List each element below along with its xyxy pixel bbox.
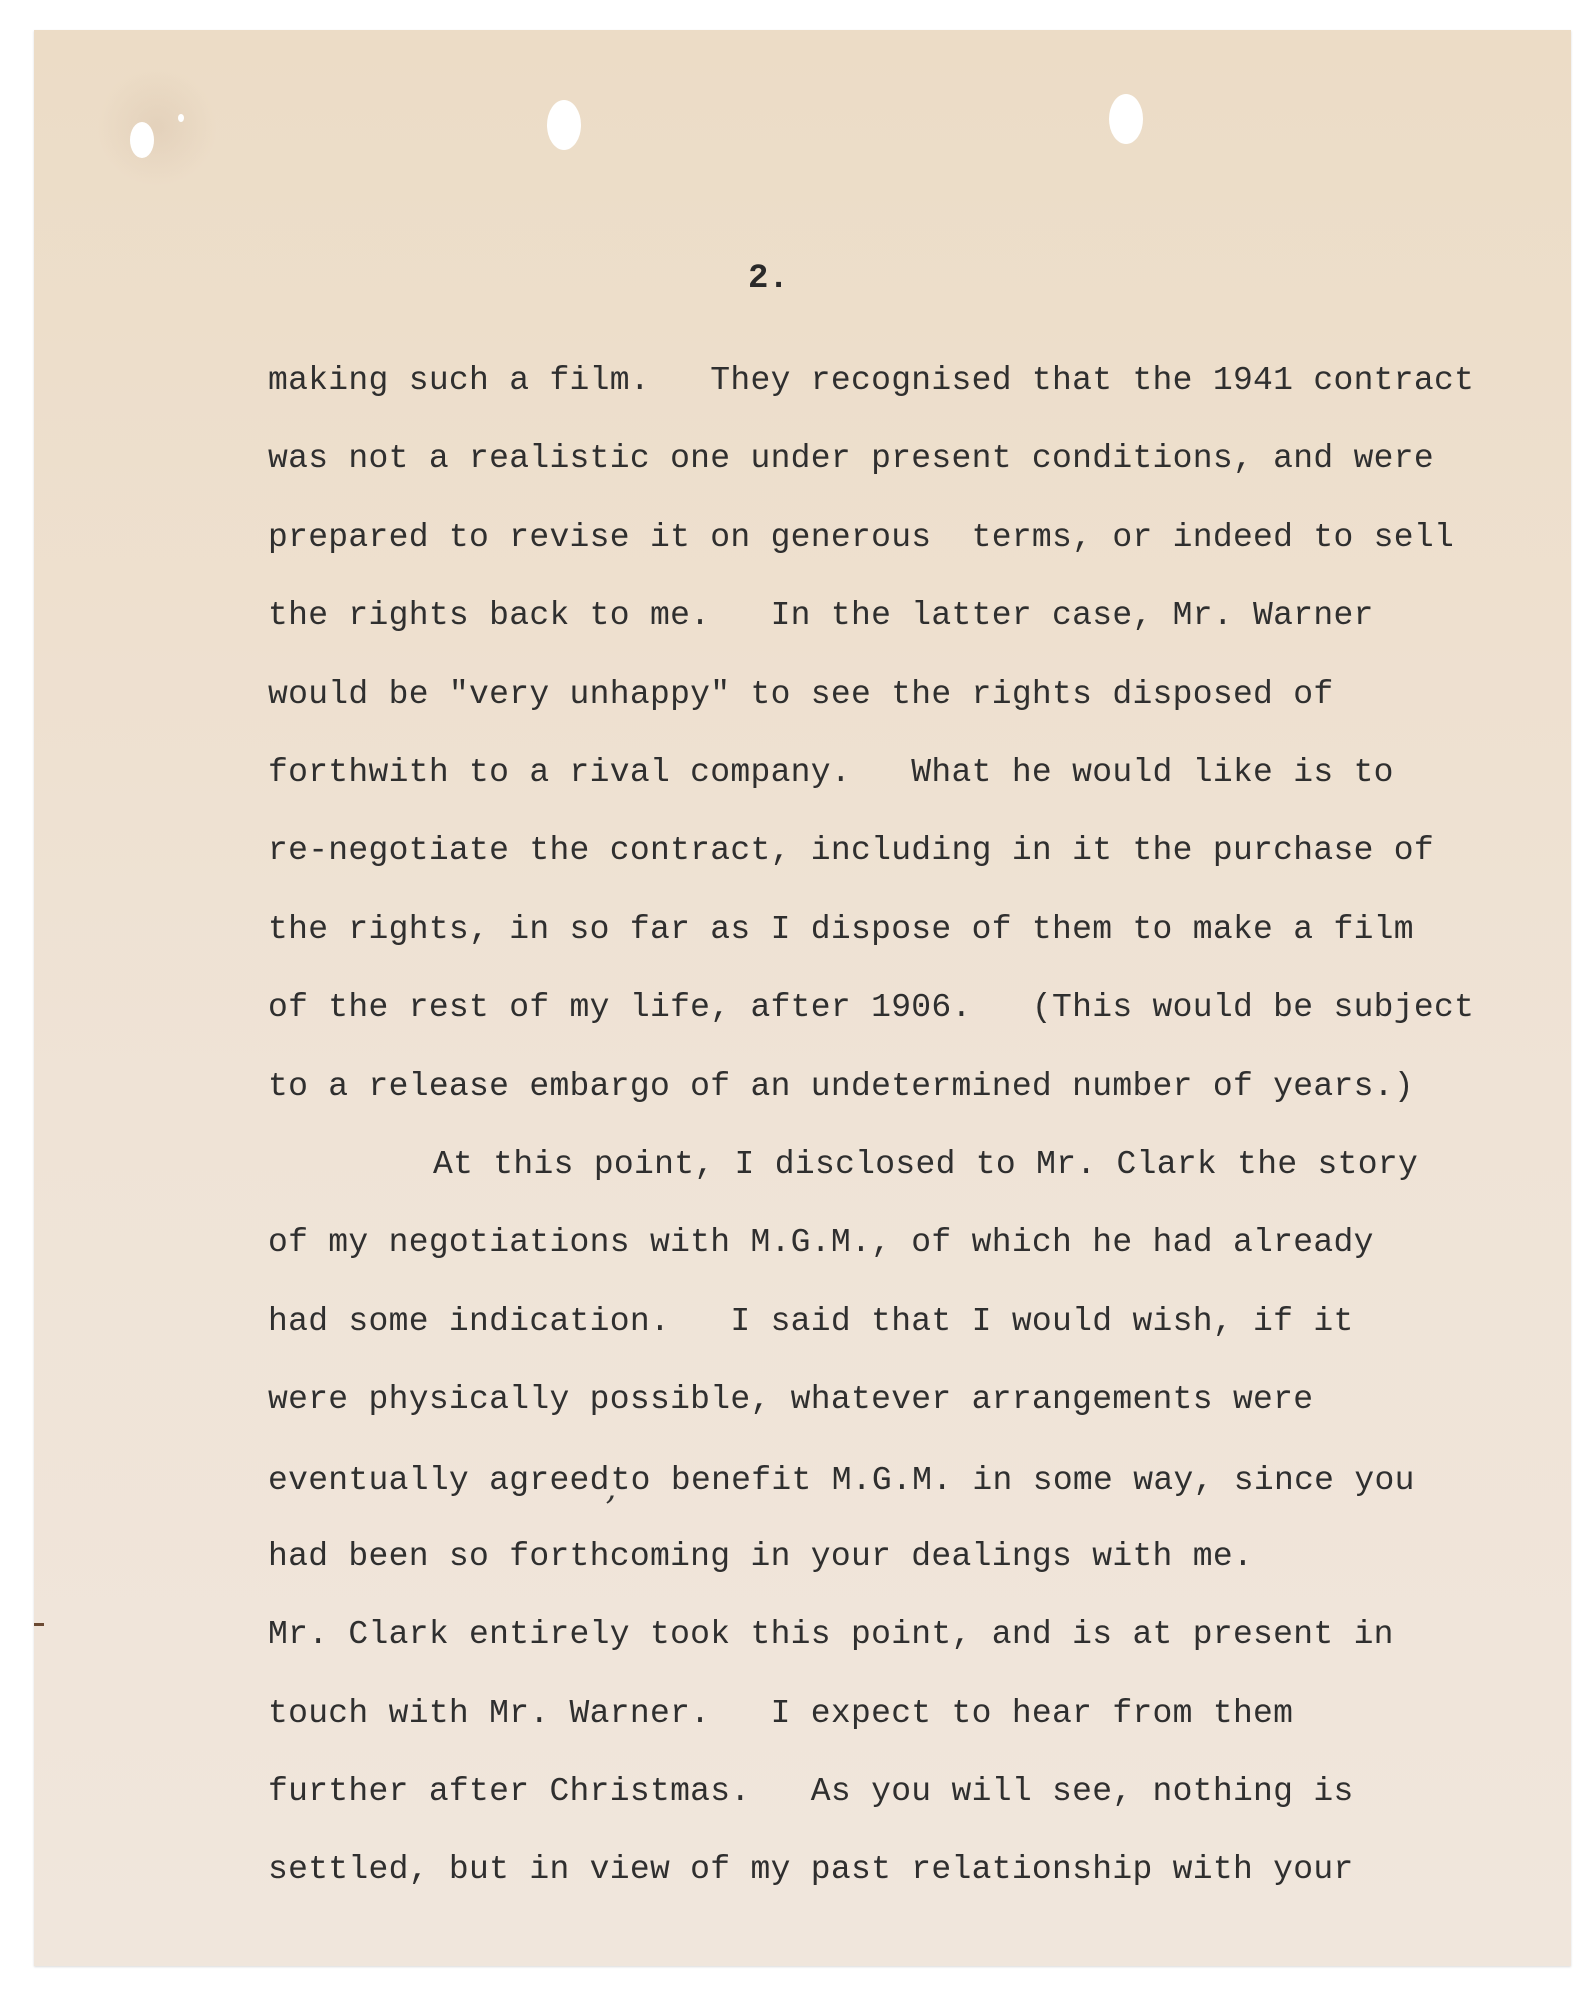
page-number: 2.	[748, 260, 789, 298]
text-line: touch with Mr. Warner. I expect to hear …	[268, 1675, 1528, 1753]
text-line: of my negotiations with M.G.M., of which…	[268, 1204, 1528, 1282]
text-line: forthwith to a rival company. What he wo…	[268, 734, 1528, 812]
punch-hole-right	[1109, 94, 1143, 144]
text-line: were physically possible, whatever arran…	[268, 1361, 1528, 1439]
text-line: the rights back to me. In the latter cas…	[268, 577, 1528, 655]
text-line: to a release embargo of an undetermined …	[268, 1048, 1528, 1126]
text-line: making such a film. They recognised that…	[268, 342, 1528, 420]
text-line: of the rest of my life, after 1906. (Thi…	[268, 969, 1528, 1047]
text-line-with-handwritten-comma: eventually agreed,to benefit M.G.M. in s…	[268, 1439, 1528, 1517]
text-line: Mr. Clark entirely took this point, and …	[268, 1596, 1528, 1674]
punch-hole-left	[130, 122, 154, 158]
text-line: had been so forthcoming in your dealings…	[268, 1518, 1528, 1596]
text-line: would be "very unhappy" to see the right…	[268, 656, 1528, 734]
text-line: re-negotiate the contract, including in …	[268, 812, 1528, 890]
text-line: prepared to revise it on generous terms,…	[268, 499, 1528, 577]
handwritten-comma: ,	[606, 1468, 617, 1507]
text-line: further after Christmas. As you will see…	[268, 1753, 1528, 1831]
text-line: the rights, in so far as I dispose of th…	[268, 891, 1528, 969]
punch-hole-center	[547, 100, 581, 150]
paragraph-start-line: At this point, I disclosed to Mr. Clark …	[268, 1126, 1528, 1204]
text-line: had some indication. I said that I would…	[268, 1283, 1528, 1361]
paper-mark	[34, 1623, 44, 1626]
letter-body: making such a film. They recognised that…	[268, 342, 1528, 1910]
pin-hole	[178, 114, 184, 122]
text-line: was not a realistic one under present co…	[268, 420, 1528, 498]
text-line: settled, but in view of my past relation…	[268, 1831, 1528, 1909]
text-segment: eventually agreed	[268, 1462, 610, 1499]
text-segment: to benefit M.G.M. in some way, since you	[611, 1462, 1415, 1499]
